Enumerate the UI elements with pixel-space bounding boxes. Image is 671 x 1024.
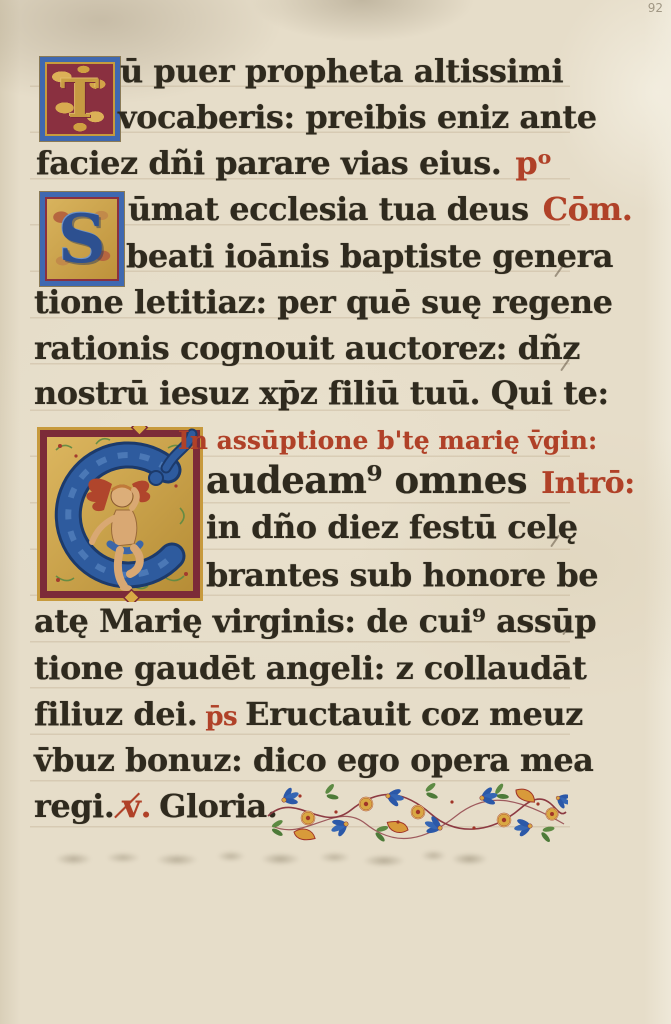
illuminated-initial-S: S xyxy=(40,192,124,286)
folio-number: 92 xyxy=(648,1,663,15)
text-line-13: tione gaudēt angeli: z collaudāt xyxy=(34,649,586,687)
show-through-text xyxy=(42,842,492,876)
text-line-1: ū puer propheta altissimi xyxy=(120,52,563,90)
rubric-com-mark: Cōm. xyxy=(543,190,633,228)
rubric-ps-mark: pᵒ xyxy=(515,144,551,182)
text-line-3: faciez dñi parare vias eius.pᵒ xyxy=(36,144,552,182)
text-line-11: brantes sub honore be xyxy=(206,556,598,594)
rubric-ps-mark: p̄s xyxy=(205,702,237,732)
text-line-12: atę Marię virginis: de cui⁹ assūp xyxy=(34,602,596,640)
text-line-2: vocaberis: preibis eniz ante xyxy=(118,98,597,136)
text-line-14: filiuz dei.p̄sEructauit coz meuz xyxy=(34,695,583,733)
manuscript-page: 92 T S xyxy=(0,0,671,1024)
text-line-4: ūmat ecclesia tua deusCōm. xyxy=(128,190,632,228)
rubric-versus-mark: v̸. xyxy=(122,787,151,825)
text-line-5: beati ioānis baptiste genera xyxy=(126,237,613,275)
rubric-intro-mark: Intrō: xyxy=(541,466,635,501)
text-line-8: nostrū iesuz xp̄z filiū tuū. Qui te: xyxy=(34,374,609,412)
text-line-10: in dño diez festū celę xyxy=(206,508,578,546)
initial-letter-T: T xyxy=(61,69,100,130)
text-line-7: rationis cognouit auctorez: dñz xyxy=(34,329,580,367)
text-line-15: v̄buz bonuz: dico ego opera mea xyxy=(34,741,593,779)
rubric-heading: In assūptione b'tę marię v̄gin: xyxy=(178,426,597,455)
text-line-6: tione letitiaz: per quē suę regene xyxy=(34,283,613,321)
initial-letter-S: S xyxy=(58,200,106,278)
text-line-9: audeam⁹ omnesIntrō: xyxy=(206,458,635,502)
illuminated-initial-T: T xyxy=(40,57,120,141)
floral-border xyxy=(266,782,568,844)
text-line-16: regi.v̸.Gloria. xyxy=(34,787,277,825)
